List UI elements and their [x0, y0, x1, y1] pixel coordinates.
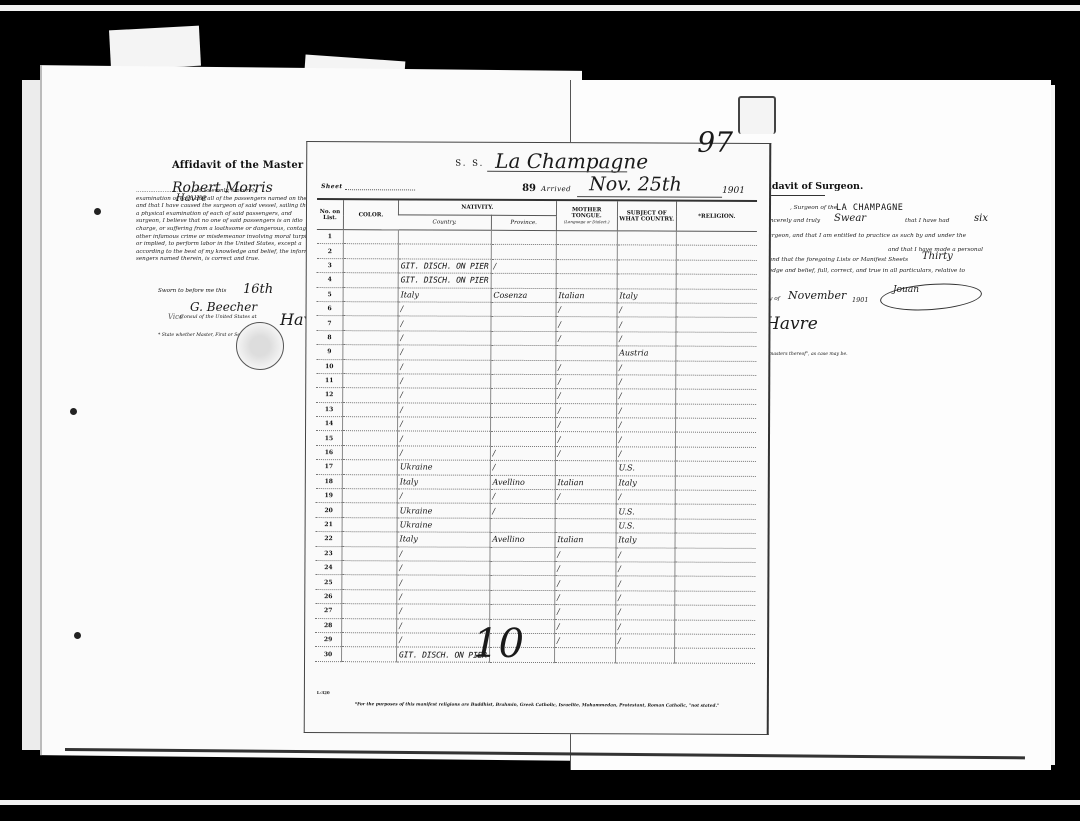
affidavit-line: and that I have caused the surgeon of sa…	[136, 203, 326, 211]
cell-religion	[675, 476, 756, 491]
cell-subject: Italy	[617, 288, 676, 303]
sheets-handwritten: Thirty	[922, 251, 953, 262]
cell-tongue: /	[555, 446, 616, 461]
affidavit-line: a physical examination of each of said p…	[136, 211, 326, 219]
cell-tongue	[554, 648, 615, 663]
year-prefix: 190	[722, 186, 739, 196]
cell-tongue: Italian	[555, 533, 616, 548]
cell-subject: /	[617, 303, 676, 318]
cell-country: /	[398, 417, 491, 432]
cell-color	[343, 287, 398, 302]
cell-province	[491, 273, 556, 288]
cell-no: 25	[315, 575, 342, 590]
cell-religion	[675, 533, 756, 548]
cell-tongue: Italian	[555, 475, 616, 490]
affidavit-line: charge, or suffering from a loathsome or…	[136, 226, 326, 234]
ship-name-handwritten: La Champagne	[495, 149, 648, 174]
cell-no: 8	[316, 330, 343, 345]
cell-color	[342, 474, 397, 489]
col-subject-of: SUBJECT OF WHAT COUNTRY.	[617, 201, 676, 231]
cell-country: /	[397, 489, 490, 504]
scan-border-bottom	[0, 800, 1080, 805]
cell-tongue: /	[555, 490, 616, 505]
cell-country: /	[398, 331, 491, 346]
cell-religion	[674, 620, 755, 635]
cell-country: GIT. DISCH. ON PIER	[398, 273, 491, 288]
cell-country: GIT. DISCH. ON PIER	[398, 259, 491, 274]
cell-religion	[676, 317, 757, 332]
consul-signature: G. Beecher	[190, 300, 257, 314]
cell-subject: /	[617, 317, 676, 332]
cell-country: Ukraine	[397, 460, 490, 475]
cell-province: /	[490, 504, 555, 519]
cell-tongue: /	[556, 317, 617, 332]
cell-country: /	[397, 575, 490, 590]
cell-religion	[674, 591, 755, 606]
col-line-no: No. on List.	[317, 200, 344, 230]
cell-color	[342, 575, 397, 590]
cell-religion	[674, 634, 755, 649]
cell-subject	[615, 648, 674, 663]
cell-tongue	[555, 504, 616, 519]
binding-hole	[70, 408, 77, 415]
cell-religion	[676, 346, 757, 361]
binding-hole	[94, 208, 101, 215]
cell-no: 3	[317, 258, 344, 273]
surgeon-affidavit-title: fidavit of Surgeon.	[765, 181, 863, 192]
cell-religion	[675, 404, 756, 419]
surgeon-line: surgeon, and that I am entitled to pract…	[765, 233, 966, 239]
cell-subject: Austria	[617, 346, 676, 361]
surgeon-footnote: by masters thereof", as case may be.	[762, 352, 848, 357]
cell-religion	[675, 447, 756, 462]
cell-color	[342, 517, 397, 532]
cell-no: 24	[315, 561, 342, 576]
cell-no: 5	[317, 287, 344, 302]
table-row: 30GIT. DISCH. ON PIER	[315, 647, 755, 663]
cell-province	[490, 432, 555, 447]
cell-country: /	[397, 446, 490, 461]
year-label: 1901	[852, 296, 869, 304]
cell-country: Italy	[398, 287, 491, 302]
cell-tongue: /	[555, 418, 616, 433]
cell-religion	[675, 361, 756, 376]
cell-tongue: /	[554, 590, 615, 605]
ship-name-stamp: LA CHAMPAGNE	[836, 203, 903, 213]
religion-footnote: *For the purposes of this manifest relig…	[355, 702, 719, 709]
cell-province	[490, 389, 555, 404]
cell-color	[343, 258, 398, 273]
col-religion: *RELIGION.	[676, 202, 757, 232]
tally-number-handwritten: 10	[473, 621, 524, 667]
cell-country: /	[397, 604, 490, 619]
cell-country: /	[398, 359, 491, 374]
cell-religion	[675, 562, 756, 577]
cell-province	[490, 417, 555, 432]
title-underline	[770, 195, 825, 196]
surgeon-line: wledge and belief, full, correct, and tr…	[762, 268, 965, 274]
cell-religion	[675, 418, 756, 433]
arrived-label: Arrived	[541, 185, 571, 193]
cell-no: 28	[315, 618, 342, 633]
cell-tongue: /	[555, 374, 616, 389]
cell-tongue: /	[555, 547, 616, 562]
cell-country: /	[397, 431, 490, 446]
mother-tongue-sublabel: (Language or Dialect.)	[558, 219, 616, 224]
cell-tongue: /	[554, 634, 615, 649]
cell-tongue	[555, 518, 616, 533]
cell-tongue: /	[556, 331, 617, 346]
form-code: L-320	[317, 690, 330, 695]
cell-color	[343, 359, 398, 374]
cell-tongue: /	[555, 562, 616, 577]
cell-country: /	[397, 546, 490, 561]
affidavit-line: or implied, to perform labor in the Unit…	[136, 241, 326, 249]
affidavit-line: surgeon, I believe that no one of said p…	[136, 218, 326, 226]
cell-color	[342, 633, 397, 648]
cell-subject: /	[615, 591, 674, 606]
cell-no: 30	[315, 647, 342, 662]
cell-no: 10	[316, 359, 343, 374]
manifest-table: No. on List. COLOR. NATIVITY. MOTHER TON…	[315, 200, 757, 664]
cell-no: 4	[317, 273, 344, 288]
cell-color	[342, 489, 397, 504]
cell-no: 20	[316, 503, 343, 518]
cell-color	[343, 402, 398, 417]
cell-religion	[675, 389, 756, 404]
cell-color	[342, 589, 397, 604]
surgeon-of-label: , Surgeon of the	[790, 205, 837, 211]
mother-tongue-label: MOTHER TONGUE.	[558, 207, 616, 219]
cell-province	[490, 561, 555, 576]
cell-tongue: /	[554, 619, 615, 634]
cell-province: Avellino	[490, 532, 555, 547]
cell-color	[343, 244, 398, 259]
cell-color	[342, 460, 397, 475]
cell-religion	[675, 375, 756, 390]
consul-label: Consul of the United States at	[180, 314, 257, 320]
cell-no: 1	[317, 230, 344, 245]
corner-page-number-handwritten: 97	[697, 126, 733, 159]
cell-tongue	[556, 245, 617, 260]
affidavit-line: according to the best of my knowledge an…	[136, 249, 326, 257]
cell-province	[491, 230, 556, 245]
cell-subject: /	[616, 375, 675, 390]
cell-province: /	[490, 489, 555, 504]
cell-country: Ukraine	[397, 518, 490, 533]
cell-color	[342, 503, 397, 518]
cell-subject: /	[616, 562, 675, 577]
cell-color	[343, 330, 398, 345]
cell-province: Cosenza	[491, 288, 556, 303]
cell-tongue: /	[556, 303, 617, 318]
cell-tongue	[556, 259, 617, 274]
year-label: 1901	[722, 186, 745, 196]
cell-country: /	[398, 345, 491, 360]
paper-clip-tab	[738, 96, 776, 134]
cell-country: Ukraine	[397, 503, 490, 518]
surgeon-line: , and that the foregoing Lists or Manife…	[765, 257, 908, 263]
cell-province	[491, 302, 556, 317]
cell-religion	[675, 548, 756, 563]
sworn-label: Sworn to before me this	[158, 288, 226, 294]
sheet-blank-line	[345, 189, 415, 190]
cell-province: /	[491, 259, 556, 274]
col-mother-tongue: MOTHER TONGUE.(Language or Dialect.)	[556, 201, 617, 231]
cell-country: Italy	[397, 532, 490, 547]
cell-no: 16	[316, 445, 343, 460]
cell-religion	[676, 274, 757, 289]
cell-color	[343, 273, 398, 288]
cell-province	[490, 403, 555, 418]
cell-color	[343, 388, 398, 403]
cell-province	[489, 604, 554, 619]
col-country: Country.	[398, 215, 491, 230]
cell-tongue: /	[555, 403, 616, 418]
cell-province: /	[490, 461, 555, 476]
cell-tongue: /	[555, 360, 616, 375]
cell-religion	[676, 303, 757, 318]
cell-country	[398, 244, 491, 259]
cell-no: 6	[317, 301, 344, 316]
cell-country: /	[398, 316, 491, 331]
cell-color	[343, 374, 398, 389]
cell-province	[491, 317, 556, 332]
cell-no: 9	[316, 345, 343, 360]
cell-color	[343, 302, 398, 317]
cell-tongue: Italian	[556, 288, 617, 303]
cell-province: /	[490, 446, 555, 461]
cell-no: 2	[317, 244, 344, 259]
cell-no: 7	[316, 316, 343, 331]
declare-handwritten: Swear	[834, 213, 866, 224]
cell-color	[342, 546, 397, 561]
master-affidavit-body: ..............................., do sole…	[136, 188, 326, 264]
cell-subject: /	[616, 576, 675, 591]
affidavit-line: other infamous crime or misdemeanor invo…	[136, 234, 326, 242]
year-suffix-handwritten: 1	[739, 186, 745, 196]
cell-province	[491, 245, 556, 260]
cell-no: 26	[315, 589, 342, 604]
cell-country: /	[397, 590, 490, 605]
cell-color	[343, 345, 398, 360]
cell-color	[342, 431, 397, 446]
cell-province	[490, 518, 555, 533]
cell-religion	[675, 576, 756, 591]
cell-color	[342, 647, 397, 662]
cell-religion	[676, 332, 757, 347]
affidavit-line: ..............................., do sole…	[136, 188, 326, 196]
cell-subject: /	[616, 389, 675, 404]
cell-country	[398, 230, 491, 245]
manifest-sheet: 97 S. S. La Champagne Sheet 89 Arrived N…	[304, 141, 772, 735]
surgeon-place-handwritten: Havre	[765, 314, 818, 334]
cell-province	[490, 576, 555, 591]
cell-no: 23	[315, 546, 342, 561]
cell-color	[343, 316, 398, 331]
cell-subject: Italy	[616, 533, 675, 548]
cell-subject: Italy	[616, 475, 675, 490]
cell-subject	[617, 231, 676, 246]
cell-province	[489, 590, 554, 605]
cell-subject: /	[617, 332, 676, 347]
cell-no: 21	[316, 517, 343, 532]
cell-country: /	[398, 374, 491, 389]
cell-subject: /	[615, 605, 674, 620]
cell-province	[490, 547, 555, 562]
cell-color	[342, 561, 397, 576]
cell-subject: U.S.	[616, 504, 675, 519]
cell-subject	[617, 245, 676, 260]
surgeon-line: that I have had	[905, 218, 949, 224]
cell-no: 27	[315, 604, 342, 619]
sworn-day-handwritten: 16th	[243, 282, 273, 297]
cell-religion	[675, 490, 756, 505]
surgeon-signature: Jouan	[893, 285, 919, 295]
cell-color	[342, 618, 397, 633]
cell-subject: /	[616, 490, 675, 505]
cell-no: 22	[316, 532, 343, 547]
cell-subject	[617, 274, 676, 289]
cell-province	[490, 360, 555, 375]
cell-country: /	[398, 403, 491, 418]
affidavit-line: sengers named therein, is correct and tr…	[136, 256, 326, 264]
cell-province: Avellino	[490, 475, 555, 490]
cell-province	[491, 345, 556, 360]
cell-color	[343, 230, 398, 245]
cell-tongue	[555, 461, 616, 476]
cell-no: 15	[316, 431, 343, 446]
surgeon-line: sincerely and truly	[765, 218, 820, 224]
cell-province	[491, 331, 556, 346]
cell-religion	[674, 648, 755, 663]
cell-subject: U.S.	[616, 461, 675, 476]
col-color: COLOR.	[343, 200, 398, 230]
cell-subject: /	[616, 360, 675, 375]
cell-religion	[675, 433, 756, 448]
cell-subject: /	[615, 619, 674, 634]
col-province: Province.	[491, 215, 556, 230]
cell-tongue	[556, 346, 617, 361]
cell-color	[342, 446, 397, 461]
cell-country: /	[398, 388, 491, 403]
arrival-date-handwritten: Nov. 25th	[589, 173, 682, 195]
cell-color	[343, 417, 398, 432]
cell-subject: /	[616, 418, 675, 433]
consular-seal-icon	[236, 322, 284, 370]
cell-no: 29	[315, 632, 342, 647]
sheet-number: 89	[522, 183, 536, 194]
cell-religion	[676, 231, 757, 246]
scan-border-top	[0, 5, 1080, 11]
col-nativity: NATIVITY.	[398, 200, 556, 215]
cell-religion	[676, 289, 757, 304]
cell-subject: /	[616, 404, 675, 419]
binding-hole	[74, 632, 81, 639]
cell-religion	[676, 245, 757, 260]
cell-subject: U.S.	[616, 519, 675, 534]
month-handwritten: November	[788, 289, 846, 302]
cell-tongue	[556, 231, 617, 246]
cell-no: 17	[316, 460, 343, 475]
cell-country: /	[397, 561, 490, 576]
cell-tongue	[556, 274, 617, 289]
cell-subject: /	[616, 547, 675, 562]
cell-subject: /	[616, 432, 675, 447]
torn-paper-scrap	[109, 26, 201, 71]
cell-religion	[674, 605, 755, 620]
cell-tongue: /	[555, 576, 616, 591]
cell-no: 14	[316, 417, 343, 432]
cell-subject: /	[615, 634, 674, 649]
cell-country: Italy	[397, 475, 490, 490]
sheet-label: Sheet	[321, 183, 343, 190]
ss-label: S. S.	[455, 159, 484, 169]
cell-tongue: /	[555, 389, 616, 404]
cell-no: 11	[316, 373, 343, 388]
cell-no: 18	[316, 474, 343, 489]
cell-country: /	[398, 302, 491, 317]
cell-no: 13	[316, 402, 343, 417]
arrival-date-rule	[577, 196, 722, 198]
cell-color	[342, 604, 397, 619]
cell-religion	[676, 260, 757, 275]
affidavit-line: examination of each and all of the passe…	[136, 196, 326, 204]
cell-color	[342, 532, 397, 547]
cell-religion	[675, 461, 756, 476]
cell-province	[490, 374, 555, 389]
cell-religion	[675, 519, 756, 534]
years-handwritten: six	[974, 213, 988, 224]
cell-no: 12	[316, 388, 343, 403]
cell-no: 19	[316, 489, 343, 504]
cell-tongue: /	[554, 605, 615, 620]
cell-subject: /	[616, 447, 675, 462]
cell-tongue: /	[555, 432, 616, 447]
cell-religion	[675, 505, 756, 520]
cell-subject	[617, 260, 676, 275]
